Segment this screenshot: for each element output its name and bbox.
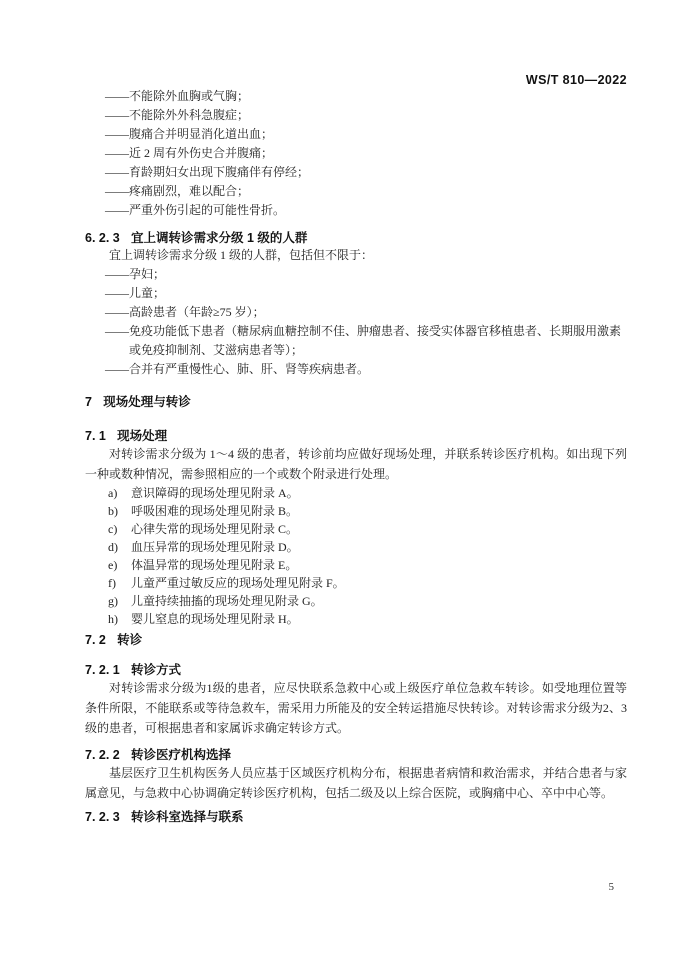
alpha-list-item: d)血压异常的现场处理见附录 D。 — [85, 538, 627, 556]
alpha-list-item: g)儿童持续抽搐的现场处理见附录 G。 — [85, 592, 627, 610]
clause-heading-7-2-1: 7. 2. 1转诊方式 — [85, 662, 627, 678]
list-text: 心律失常的现场处理见附录 C。 — [131, 522, 298, 536]
list-marker: f) — [108, 574, 131, 592]
alpha-list-item: b)呼吸困难的现场处理见附录 B。 — [85, 502, 627, 520]
list-text: 婴儿窒息的现场处理见附录 H。 — [131, 612, 299, 626]
upgrade-population-dash-list: ——孕妇； ——儿童； ——高龄患者（年龄≥75 岁）； ——免疫功能低下患者（… — [85, 265, 627, 379]
clause-heading-6-2-3: 6. 2. 3宜上调转诊需求分级 1 级的人群 — [85, 230, 627, 246]
clause-heading-7-2: 7. 2转诊 — [85, 632, 627, 648]
clause-title: 现场处理 — [117, 429, 167, 443]
list-marker: g) — [108, 592, 131, 610]
list-text: 儿童持续抽搐的现场处理见附录 G。 — [131, 594, 323, 608]
clause-title: 转诊科室选择与联系 — [131, 810, 244, 824]
clause-number: 7. 2. 3 — [85, 810, 120, 824]
clause-number: 6. 2. 3 — [85, 231, 120, 245]
clause-title: 现场处理与转诊 — [103, 395, 191, 409]
clause-title: 转诊方式 — [131, 663, 181, 677]
alpha-list-item: h)婴儿窒息的现场处理见附录 H。 — [85, 610, 627, 628]
clause-6-2-3-intro: 宜上调转诊需求分级 1 级的人群，包括但不限于： — [85, 246, 627, 265]
alpha-list-item: c)心律失常的现场处理见附录 C。 — [85, 520, 627, 538]
clause-heading-7-1: 7. 1现场处理 — [85, 428, 627, 444]
dash-list-item: ——免疫功能低下患者（糖尿病血糖控制不佳、肿瘤患者、接受实体器官移植患者、长期服… — [105, 322, 627, 360]
page-number: 5 — [609, 881, 615, 893]
dash-list-item: ——高龄患者（年龄≥75 岁）； — [105, 303, 627, 322]
dash-list-item: ——疼痛剧烈，难以配合； — [105, 182, 627, 201]
list-marker: e) — [108, 556, 131, 574]
standard-number-header: WS/T 810—2022 — [85, 73, 627, 87]
clause-heading-7-2-3: 7. 2. 3转诊科室选择与联系 — [85, 809, 627, 825]
clause-number: 7. 2. 2 — [85, 748, 120, 762]
appendix-reference-list: a)意识障碍的现场处理见附录 A。 b)呼吸困难的现场处理见附录 B。 c)心律… — [85, 484, 627, 628]
clause-title: 宜上调转诊需求分级 1 级的人群 — [131, 231, 307, 245]
list-marker: d) — [108, 538, 131, 556]
dash-list-item: ——腹痛合并明显消化道出血； — [105, 125, 627, 144]
list-marker: h) — [108, 610, 131, 628]
alpha-list-item: e)体温异常的现场处理见附录 E。 — [85, 556, 627, 574]
list-text: 呼吸困难的现场处理见附录 B。 — [131, 504, 298, 518]
clause-7-2-2-paragraph: 基层医疗卫生机构医务人员应基于区域医疗机构分布，根据患者病情和救治需求，并结合患… — [85, 763, 627, 803]
dash-list-item: ——近 2 周有外伤史合并腹痛； — [105, 144, 627, 163]
list-text: 血压异常的现场处理见附录 D。 — [131, 540, 299, 554]
list-text: 体温异常的现场处理见附录 E。 — [131, 558, 297, 572]
list-marker: c) — [108, 520, 131, 538]
document-page: WS/T 810—2022 ——不能除外血胸或气胸； ——不能除外外科急腹症； … — [0, 0, 687, 961]
dash-list-item: ——合并有严重慢性心、肺、肝、肾等疾病患者。 — [105, 360, 627, 379]
clause-title: 转诊医疗机构选择 — [131, 748, 231, 762]
list-text: 意识障碍的现场处理见附录 A。 — [131, 486, 299, 500]
clause-number: 7. 1 — [85, 429, 106, 443]
dash-list-item: ——不能除外外科急腹症； — [105, 106, 627, 125]
clause-heading-7-2-2: 7. 2. 2转诊医疗机构选择 — [85, 747, 627, 763]
clause-7-2-1-paragraph: 对转诊需求分级为1级的患者，应尽快联系急救中心或上级医疗单位急救车转诊。如受地理… — [85, 678, 627, 738]
clause-number: 7. 2. 1 — [85, 663, 120, 677]
clause-number: 7 — [85, 395, 92, 409]
exclusion-criteria-dash-list: ——不能除外血胸或气胸； ——不能除外外科急腹症； ——腹痛合并明显消化道出血；… — [85, 87, 627, 220]
dash-list-item: ——不能除外血胸或气胸； — [105, 87, 627, 106]
list-text: 儿童严重过敏反应的现场处理见附录 F。 — [131, 576, 345, 590]
list-marker: a) — [108, 484, 131, 502]
clause-number: 7. 2 — [85, 633, 106, 647]
dash-list-item: ——育龄期妇女出现下腹痛伴有停经； — [105, 163, 627, 182]
dash-list-item: ——严重外伤引起的可能性骨折。 — [105, 201, 627, 220]
page-content: WS/T 810—2022 ——不能除外血胸或气胸； ——不能除外外科急腹症； … — [0, 0, 687, 825]
dash-list-item: ——孕妇； — [105, 265, 627, 284]
clause-title: 转诊 — [117, 633, 142, 647]
chapter-heading-7: 7现场处理与转诊 — [85, 394, 627, 410]
dash-list-item: ——儿童； — [105, 284, 627, 303]
list-marker: b) — [108, 502, 131, 520]
clause-7-1-paragraph: 对转诊需求分级为 1～4 级的患者，转诊前均应做好现场处理，并联系转诊医疗机构。… — [85, 444, 627, 484]
alpha-list-item: f)儿童严重过敏反应的现场处理见附录 F。 — [85, 574, 627, 592]
alpha-list-item: a)意识障碍的现场处理见附录 A。 — [85, 484, 627, 502]
